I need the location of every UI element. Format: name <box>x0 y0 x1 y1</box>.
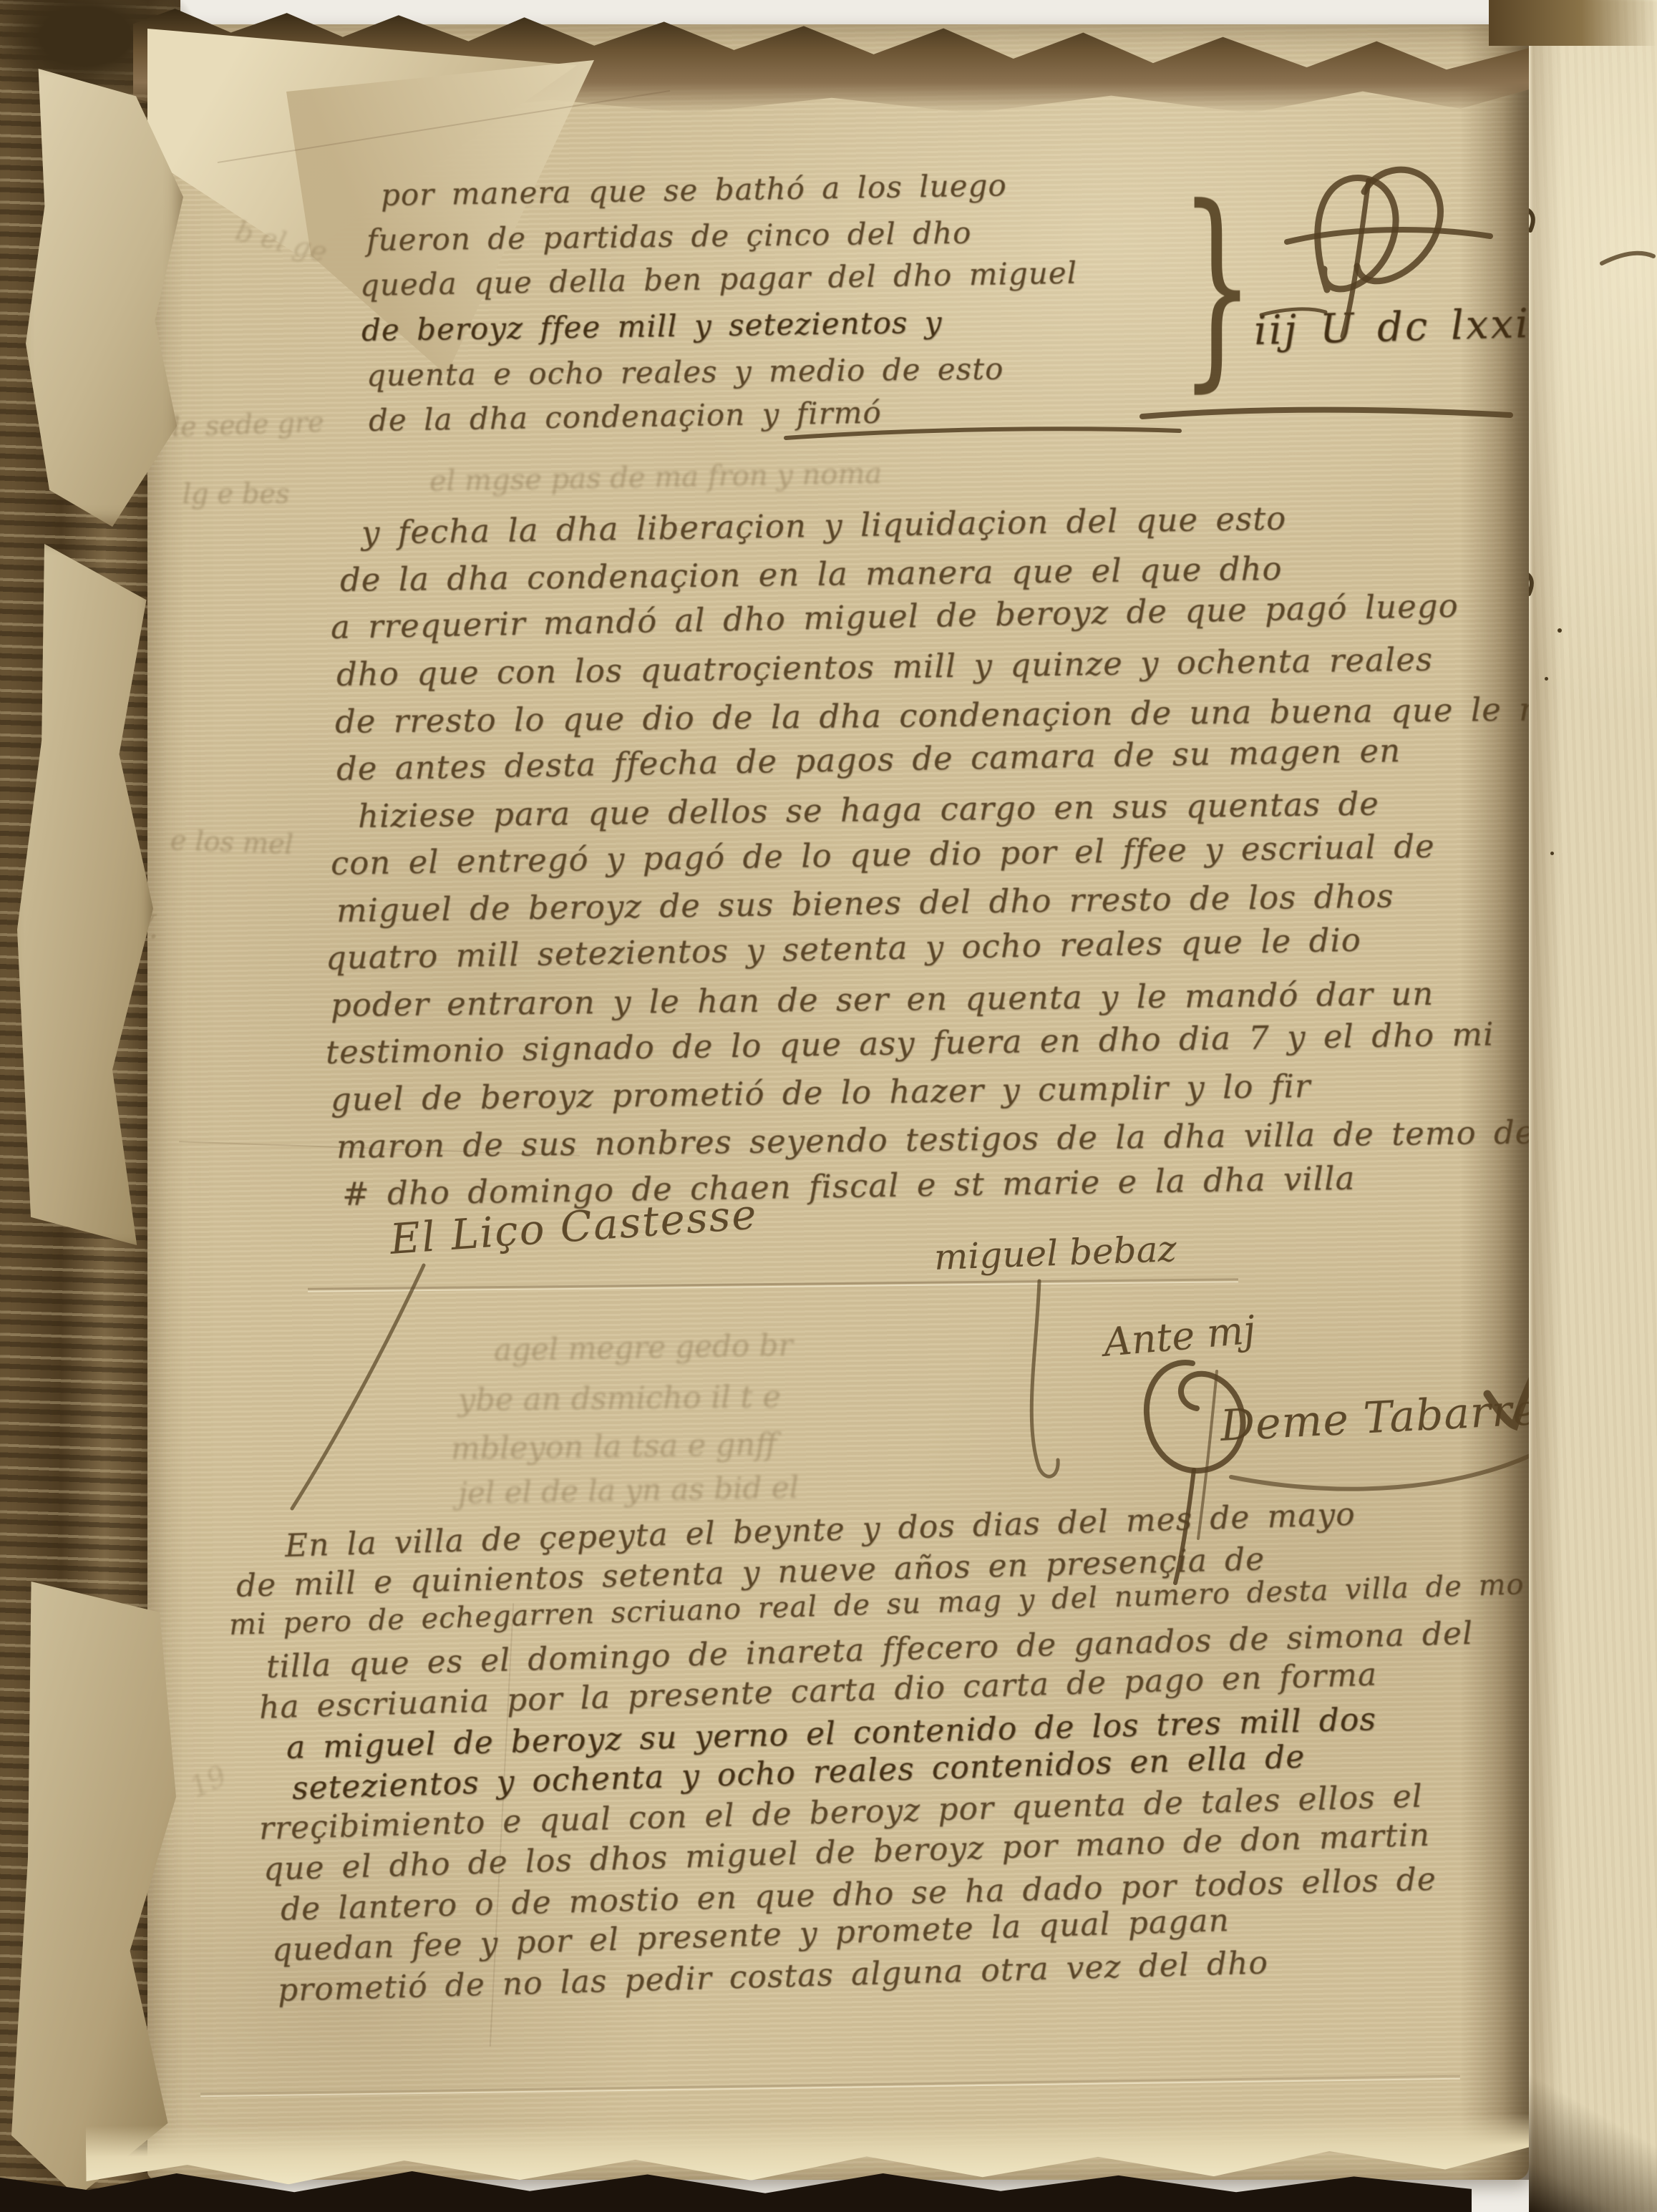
manuscript-line: quenta e ocho reales y medio de esto <box>366 351 1004 393</box>
manuscript-scan: agel megre gedo br ybe an dsmicho il t e… <box>0 0 1657 2212</box>
bleedthrough-line: ybe an dsmicho il t e <box>458 1379 781 1418</box>
paper-speck <box>1550 852 1554 855</box>
bleedthrough-line: agel megre gedo br <box>494 1327 793 1368</box>
paper-speck <box>1545 677 1548 681</box>
margin-bleedthrough: lg e bes <box>183 478 289 510</box>
margin-bleedthrough: e los mel <box>170 824 293 860</box>
binding-top-right <box>1489 0 1657 46</box>
bleedthrough-line: jel el de la yn as bid el <box>458 1470 800 1511</box>
next-page-edge <box>1529 0 1657 2212</box>
stitch-marks <box>1529 0 1657 2212</box>
paper-speck <box>1558 628 1562 633</box>
manuscript-line: fueron de partidas de çinco del dho <box>366 215 972 258</box>
next-page-bottom-shadow <box>1529 2054 1657 2212</box>
margin-bleedthrough: le sede gre <box>171 406 324 443</box>
bleedthrough-line: mbleyon la tsa e gnff <box>451 1427 777 1467</box>
signature-right: miguel bebaz <box>933 1228 1177 1278</box>
brace-mark: } <box>1180 179 1255 394</box>
